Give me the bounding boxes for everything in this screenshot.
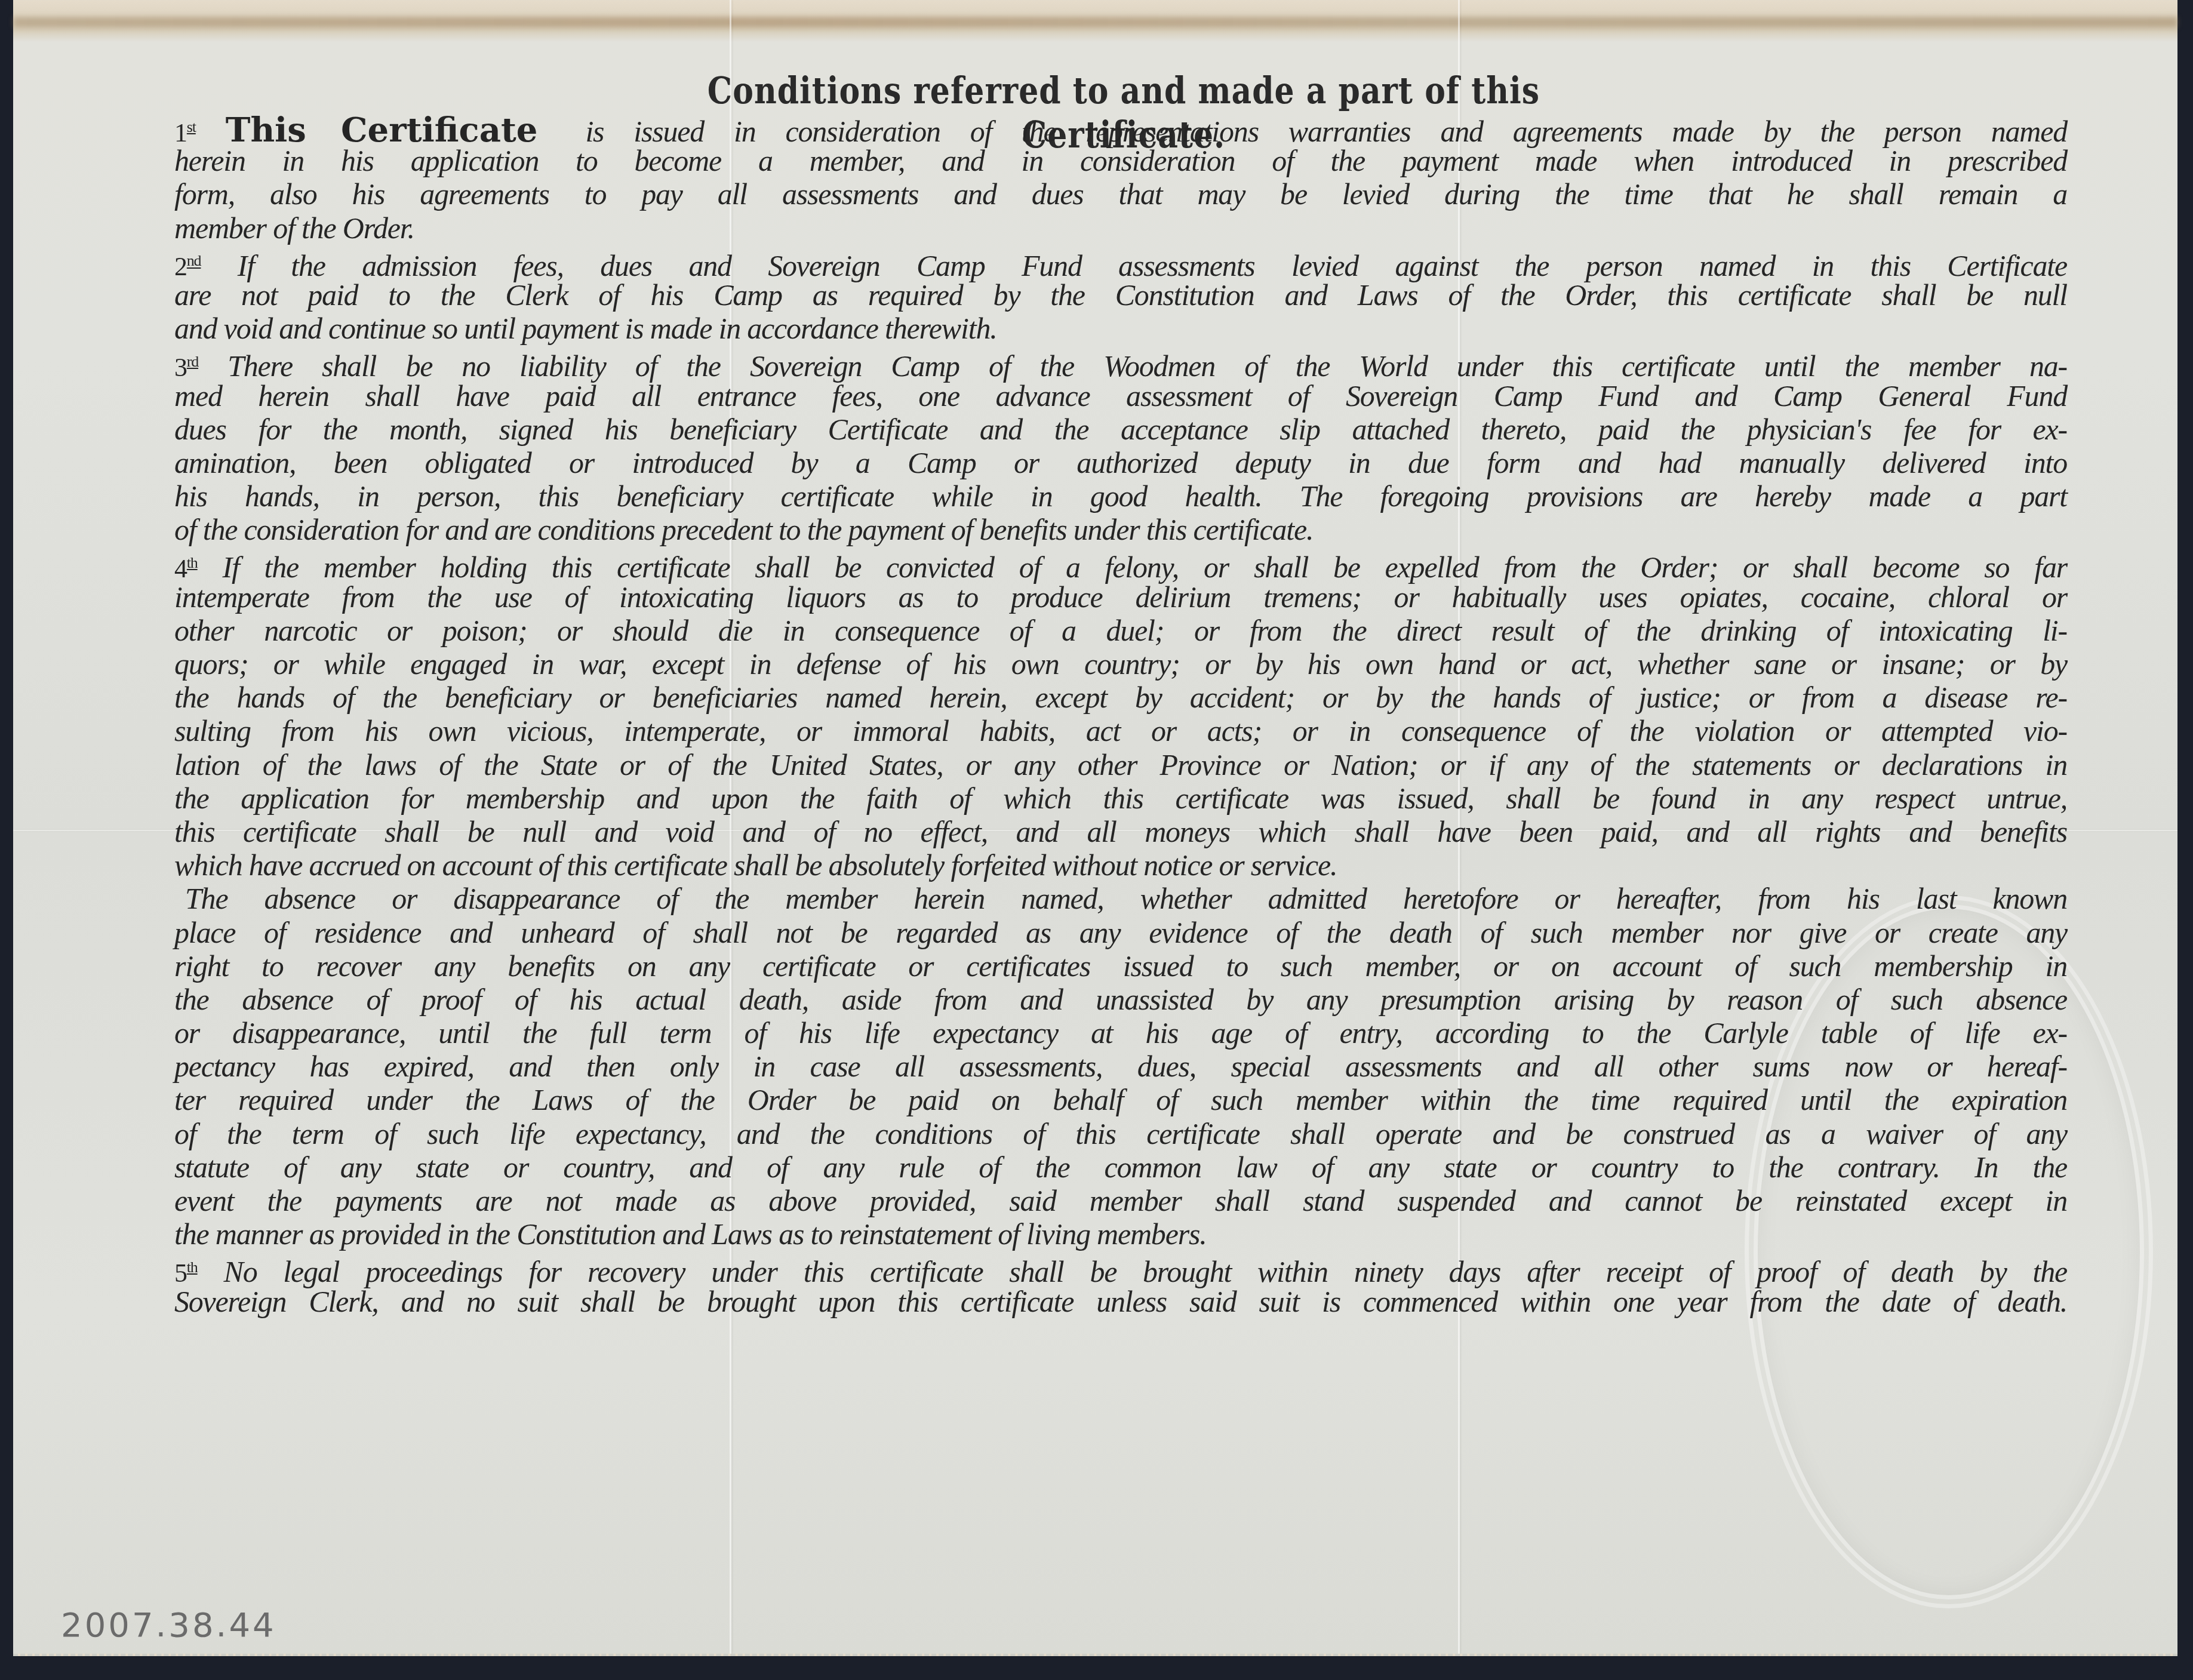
text-line: lation of the laws of the State or of th… — [174, 748, 2067, 781]
condition-section-1: 1st This Certificate is issued in consid… — [174, 110, 2067, 245]
text-line: med herein shall have paid all entrance … — [174, 379, 2067, 413]
text-line: herein in his application to become a me… — [174, 144, 2067, 177]
water-stain — [13, 17, 2177, 27]
text-line: quors; or while engaged in war, except i… — [174, 647, 2067, 681]
text-line: the application for membership and upon … — [174, 781, 2067, 815]
condition-section-absence: The absence or disappearance of the memb… — [174, 882, 2067, 1251]
text-line: or disappearance, until the full term of… — [174, 1016, 2067, 1050]
text-line: Sovereign Clerk, and no suit shall be br… — [174, 1285, 2067, 1318]
text-line: and void and continue so until payment i… — [174, 312, 2067, 345]
conditions-body: 1st This Certificate is issued in consid… — [174, 110, 2067, 1318]
section-number: 5th — [174, 1259, 198, 1288]
section-number: 4th — [174, 554, 198, 583]
text-line: are not paid to the Clerk of his Camp as… — [174, 278, 2067, 312]
accession-number: 2007.38.44 — [61, 1606, 276, 1645]
text-line: the manner as provided in the Constituti… — [174, 1217, 2067, 1251]
text-line: member of the Order. — [174, 211, 2067, 245]
text-line: 3rd There shall be no liability of the S… — [174, 345, 2067, 379]
text-line: this certificate shall be null and void … — [174, 815, 2067, 848]
text-line: intemperate from the use of intoxicating… — [174, 580, 2067, 614]
text-line: amination, been obligated or introduced … — [174, 446, 2067, 479]
text-line: pectancy has expired, and then only in c… — [174, 1050, 2067, 1083]
section-number: 1st — [174, 118, 196, 147]
text-line: event the payments are not made as above… — [174, 1184, 2067, 1217]
text-line: which have accrued on account of this ce… — [174, 848, 2067, 882]
text-line: his hands, in person, this beneficiary c… — [174, 479, 2067, 513]
text-line: 5th No legal proceedings for recovery un… — [174, 1251, 2067, 1284]
certificate-sheet: Conditions referred to and made a part o… — [13, 0, 2177, 1656]
condition-section-4: 4th If the member holding this certifica… — [174, 546, 2067, 882]
text-line: ter required under the Laws of the Order… — [174, 1083, 2067, 1116]
text-line: of the consideration for and are conditi… — [174, 513, 2067, 546]
text-line: place of residence and unheard of shall … — [174, 916, 2067, 949]
condition-section-5: 5th No legal proceedings for recovery un… — [174, 1251, 2067, 1318]
text-line: right to recover any benefits on any cer… — [174, 949, 2067, 983]
condition-section-2: 2nd If the admission fees, dues and Sove… — [174, 245, 2067, 346]
text-line: statute of any state or country, and of … — [174, 1150, 2067, 1184]
text-line: other narcotic or poison; or should die … — [174, 614, 2067, 647]
text-line: 1st This Certificate is issued in consid… — [174, 110, 2067, 144]
section-number: 2nd — [174, 252, 201, 281]
text-line: of the term of such life expectancy, and… — [174, 1117, 2067, 1150]
text-line: the hands of the beneficiary or benefici… — [174, 681, 2067, 714]
text-line: dues for the month, signed his beneficia… — [174, 413, 2067, 446]
text-line: 2nd If the admission fees, dues and Sove… — [174, 245, 2067, 278]
text-line: the absence of proof of his actual death… — [174, 983, 2067, 1016]
text-line: sulting from his own vicious, intemperat… — [174, 714, 2067, 747]
text-line: 4th If the member holding this certifica… — [174, 546, 2067, 580]
text-line: The absence or disappearance of the memb… — [174, 882, 2067, 915]
section-number: 3rd — [174, 353, 198, 382]
text-line: form, also his agreements to pay all ass… — [174, 177, 2067, 211]
condition-section-3: 3rd There shall be no liability of the S… — [174, 345, 2067, 546]
